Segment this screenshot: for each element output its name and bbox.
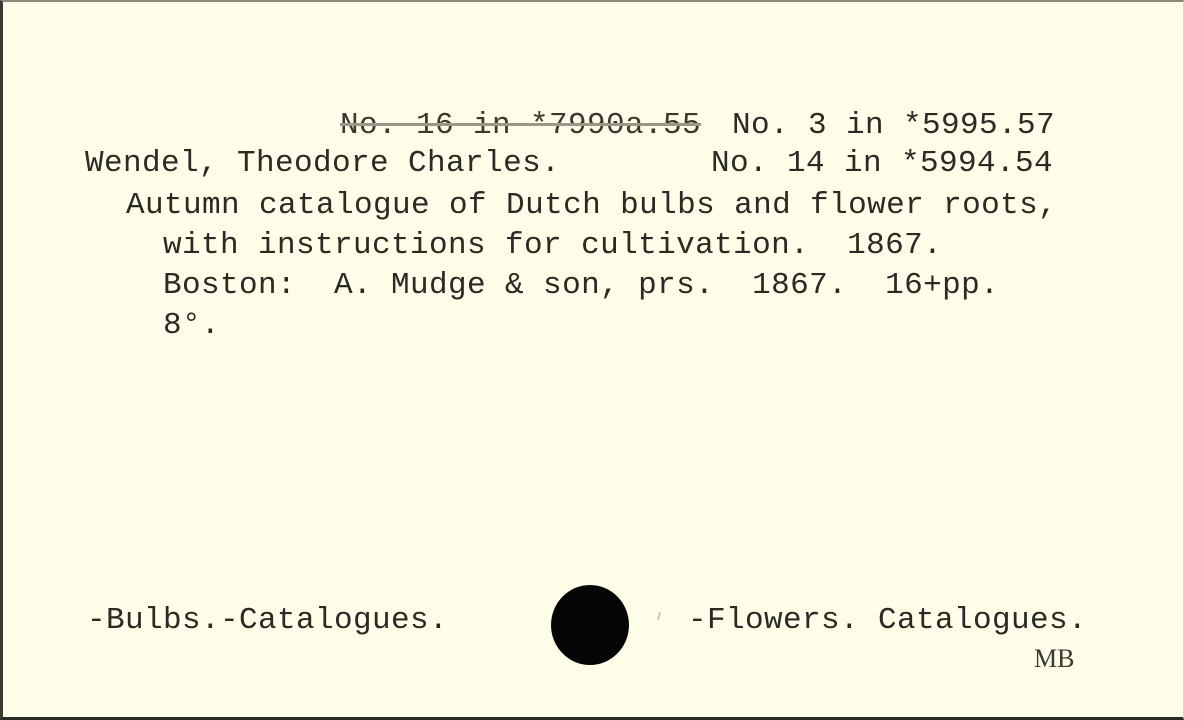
subject-heading-1: -Bulbs.-Catalogues.: [87, 605, 448, 636]
title-line-2: with instructions for cultivation. 1867.: [163, 230, 942, 261]
punch-hole: [551, 585, 629, 665]
catalog-card: No. 16 in *7990a.55 No. 3 in *5995.57 We…: [0, 0, 1184, 720]
subject-heading-2: -Flowers. Catalogues.: [688, 605, 1087, 636]
reference-2: No. 14 in *5994.54: [711, 148, 1053, 179]
imprint: Boston: A. Mudge & son, prs. 1867. 16+pp…: [163, 270, 999, 301]
cataloger-initials: MB: [1034, 644, 1074, 674]
paper-speck: [657, 612, 661, 620]
struck-reference: No. 16 in *7990a.55: [340, 110, 701, 141]
title-line-1: Autumn catalogue of Dutch bulbs and flow…: [126, 190, 1057, 221]
format: 8°.: [163, 310, 220, 341]
reference-1: No. 3 in *5995.57: [732, 110, 1055, 141]
author-heading: Wendel, Theodore Charles.: [85, 148, 560, 179]
